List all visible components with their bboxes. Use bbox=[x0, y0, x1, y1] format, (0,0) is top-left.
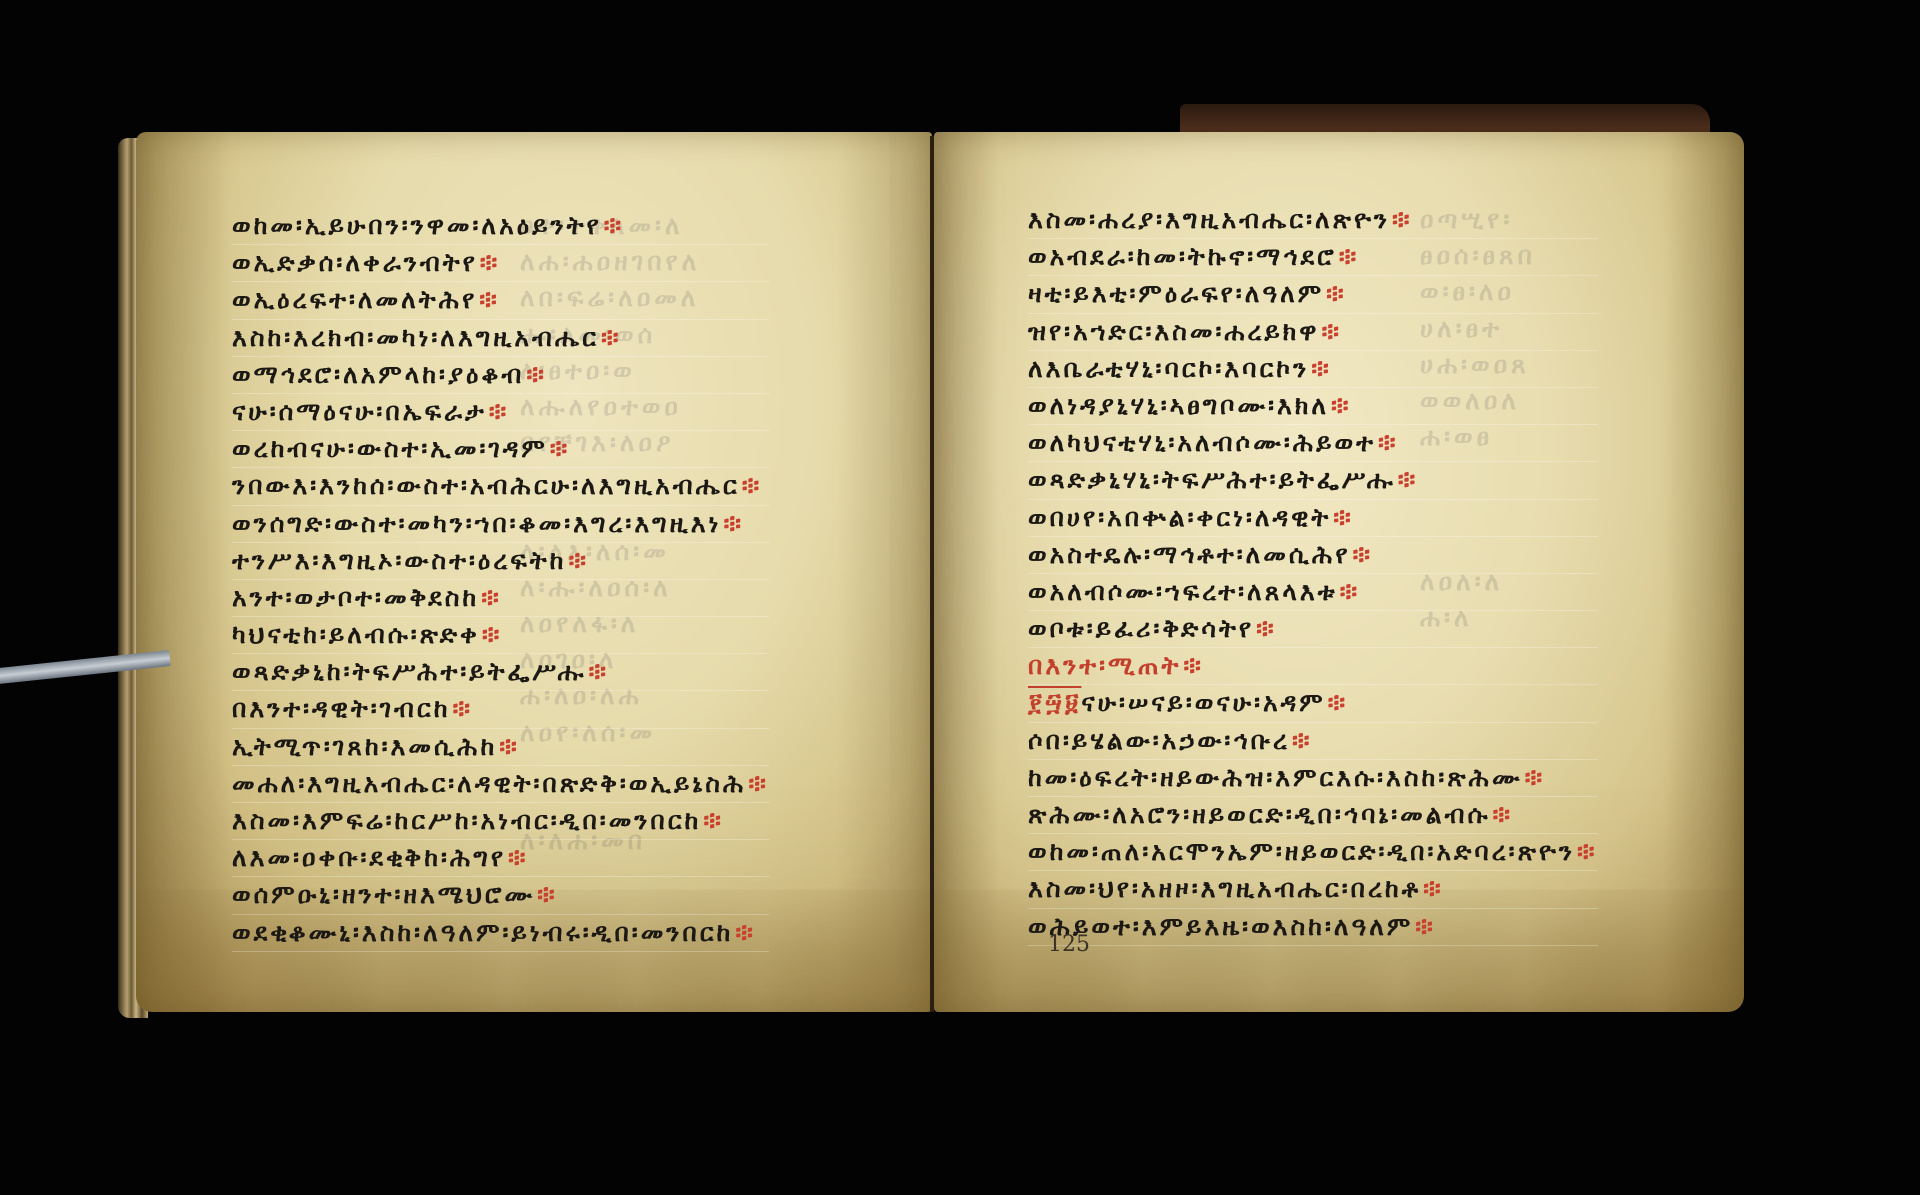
text-line: ሶበ፡ይሄልው፡አኃው፡ኅቡረ፨ bbox=[1028, 723, 1598, 760]
text-line: ወጻድቃኒከ፡ትፍሥሕተ፡ይትፌሥሑ፨ bbox=[232, 654, 769, 691]
line-end-mark: ፨ bbox=[748, 769, 769, 798]
text-line: አንተ፡ወታቦተ፡መቅደስከ፨ bbox=[232, 580, 769, 617]
text-line: ለእቤራቲሃኒ፡ባርኮ፡እባርኮን፨ bbox=[1028, 351, 1598, 388]
text-line: በእንተ፡ዳዊት፡ገብርከ፨ bbox=[232, 691, 769, 728]
line-end-mark: ፨ bbox=[723, 509, 744, 538]
text-line: እስመ፡እምፍሬ፡ከርሥከ፡አነብር፡ዲበ፡መንበርከ፨ bbox=[232, 803, 769, 840]
text-line: እስከ፡እረክብ፡መካነ፡ለእግዚአብሔር፨ bbox=[232, 320, 769, 357]
line-end-mark: ፨ bbox=[481, 583, 502, 612]
text-line: ወኢድቃሰ፡ለቀራንብትየ፨ bbox=[232, 245, 769, 282]
line-end-mark: ፨ bbox=[1340, 577, 1361, 606]
line-end-mark: ፨ bbox=[1525, 763, 1546, 792]
text-line: ኢትሚጥ፡ገጸከ፡እመሲሕከ፨ bbox=[232, 729, 769, 766]
line-end-mark: ፨ bbox=[703, 806, 724, 835]
text-line: ወለነዳያኒሃኒ፡ኣፀግቦሙ፡እክለ፨ bbox=[1028, 388, 1598, 425]
text-line: ጽሕሙ፡ለአሮን፡ዘይወርድ፡ዲበ፡ኅባኔ፡መልብሱ፨ bbox=[1028, 797, 1598, 834]
text-line: ወአብደራ፡ከመ፡ትኩኖ፡ማኅደሮ፨ bbox=[1028, 239, 1598, 276]
line-end-mark: ፨ bbox=[1311, 354, 1332, 383]
line-end-mark: ፨ bbox=[537, 880, 558, 909]
line-end-mark: ፨ bbox=[742, 471, 763, 500]
folio-number: 125 bbox=[1048, 932, 1090, 957]
text-line: ወማኅደሮ፡ለአምላከ፡ያዕቆብ፨ bbox=[232, 357, 769, 394]
line-end-mark: ፨ bbox=[1378, 428, 1399, 457]
text-line: ወሰምዑኒ፡ዘንተ፡ዘእሜህሮሙ፨ bbox=[232, 877, 769, 914]
text-line: ንበውእ፡እንከሰ፡ውስተ፡አብሕርሁ፡ለእግዚአብሔር፨ bbox=[232, 468, 769, 505]
text-line: ወረከብናሁ፡ውስተ፡ኢመ፡ገዳም፨ bbox=[232, 431, 769, 468]
text-line: ወአስተዴሉ፡ማኅቶተ፡ለመሲሕየ፨ bbox=[1028, 537, 1598, 574]
text-line: ወለካህናቲሃኒ፡አለብሶሙ፡ሕይወተ፨ bbox=[1028, 425, 1598, 462]
text-line: ወደቂቆሙኒ፡እስከ፡ለዓለም፡ይነብሩ፡ዲበ፡መንበርከ፨ bbox=[232, 915, 769, 952]
line-end-mark: ፨ bbox=[1331, 391, 1352, 420]
text-line: ወአለብሶሙ፡ኀፍረተ፡ለጸላእቱ፨ bbox=[1028, 574, 1598, 611]
text-line: ለእመ፡ዐቀቡ፡ደቂቅከ፡ሕግየ፨ bbox=[232, 840, 769, 877]
psalm-number: ፻፵፱ bbox=[1028, 688, 1081, 717]
left-page-text: ወከመ፡ኢይሁበን፡ንዋመ፡ለአዕይንትየ፨ ወኢድቃሰ፡ለቀራንብትየ፨ ወኢ… bbox=[232, 208, 769, 952]
text-line: ተንሥእ፡እግዚኦ፡ውስተ፡ዕረፍትከ፨ bbox=[232, 543, 769, 580]
line-end-mark: ፨ bbox=[1326, 279, 1347, 308]
text-line: ፻፵፱ናሁ፡ሠናይ፡ወናሁ፡አዳም፨ bbox=[1028, 685, 1598, 722]
line-end-mark: ፨ bbox=[1339, 242, 1360, 271]
line-end-mark: ፨ bbox=[1353, 540, 1374, 569]
line-end-mark: ፨ bbox=[508, 843, 529, 872]
line-end-mark: ፨ bbox=[568, 546, 589, 575]
line-end-mark: ፨ bbox=[601, 323, 622, 352]
gutter bbox=[930, 136, 934, 1012]
line-end-mark: ፨ bbox=[526, 360, 547, 389]
line-end-mark: ፨ bbox=[489, 397, 510, 426]
text-line: ዛቲ፡ይእቲ፡ምዕራፍየ፡ለዓለም፨ bbox=[1028, 276, 1598, 313]
text-line: ወቦቱ፡ይፈሪ፡ቅድሳትየ፨ bbox=[1028, 611, 1598, 648]
text-line: ወከመ፡ጠለ፡አርሞንኤም፡ዘይወርድ፡ዲበ፡አድባረ፡ጽዮን፨ bbox=[1028, 834, 1598, 871]
line-end-mark: ፨ bbox=[735, 918, 756, 947]
text-line: ወኢዕረፍተ፡ለመለትሕየ፨ bbox=[232, 282, 769, 319]
text-line: ናሁ፡ሰማዕናሁ፡በኤፍራታ፨ bbox=[232, 394, 769, 431]
line-end-mark: ፨ bbox=[1415, 912, 1436, 941]
line-end-mark: ፨ bbox=[604, 211, 625, 240]
text-line: መሐለ፡እግዚአብሔር፡ለዳዊት፡በጽድቅ፡ወኢይኔስሕ፨ bbox=[232, 766, 769, 803]
line-end-mark: ፨ bbox=[1333, 503, 1354, 532]
line-end-mark: ፨ bbox=[1322, 317, 1343, 346]
text-line: ወንሰግድ፡ውስተ፡መካን፡ኀበ፡ቆመ፡እግረ፡እግዚእነ፨ bbox=[232, 506, 769, 543]
line-end-mark: ፨ bbox=[499, 732, 520, 761]
line-end-mark: ፨ bbox=[479, 285, 500, 314]
text-line: ዝየ፡አኀድር፡እስመ፡ሐረይክዋ፨ bbox=[1028, 314, 1598, 351]
line-end-mark: ፨ bbox=[588, 657, 609, 686]
manuscript-photo: ዐቀ፡ተቀለመ፡ለለሐ፡ሐዐዘገበየለለበ፡ፍሬ፡ለዐመለሑ፡ለመ፡ወሰለ፡ፀተ… bbox=[0, 0, 1920, 1195]
rubric-heading: በእንተ፡ሚጠት፨ bbox=[1028, 648, 1598, 685]
text-line: ወከመ፡ኢይሁበን፡ንዋመ፡ለአዕይንትየ፨ bbox=[232, 208, 769, 245]
line-end-mark: ፨ bbox=[1392, 205, 1413, 234]
text-line: እስመ፡ህየ፡አዘዞ፡እግዚአብሔር፡በረከቶ፨ bbox=[1028, 871, 1598, 908]
text-line: ከመ፡ዕፍረት፡ዘይውሕዝ፡እምርእሱ፡እስከ፡ጽሕሙ፨ bbox=[1028, 760, 1598, 797]
line-end-mark: ፨ bbox=[453, 694, 474, 723]
line-end-mark: ፨ bbox=[1493, 800, 1514, 829]
line-end-mark: ፨ bbox=[480, 248, 501, 277]
right-page-text: እስመ፡ሐረያ፡እግዚአብሔር፡ለጽዮን፨ ወአብደራ፡ከመ፡ትኩኖ፡ማኅደሮ፨… bbox=[1028, 202, 1598, 946]
text-line: ካህናቲከ፡ይለብሱ፡ጽድቀ፨ bbox=[232, 617, 769, 654]
line-end-mark: ፨ bbox=[1577, 837, 1598, 866]
line-end-mark: ፨ bbox=[1328, 688, 1349, 717]
line-end-mark: ፨ bbox=[1256, 614, 1277, 643]
line-end-mark: ፨ bbox=[1423, 874, 1444, 903]
line-end-mark: ፨ bbox=[550, 434, 571, 463]
line-end-mark: ፨ bbox=[482, 620, 503, 649]
text-line: ወበሀየ፡አበቍል፡ቀርነ፡ለዳዊት፨ bbox=[1028, 500, 1598, 537]
text-line: እስመ፡ሐረያ፡እግዚአብሔር፡ለጽዮን፨ bbox=[1028, 202, 1598, 239]
text-line: ወጻድቃኒሃኒ፡ትፍሥሕተ፡ይትፌሥሑ፨ bbox=[1028, 462, 1598, 499]
text-line: ወሕይወተ፡እምይእዜ፡ወእስከ፡ለዓለም፨ bbox=[1028, 909, 1598, 946]
line-end-mark: ፨ bbox=[1398, 465, 1419, 494]
section-end-mark: ፨ bbox=[1183, 651, 1204, 680]
line-end-mark: ፨ bbox=[1292, 726, 1313, 755]
